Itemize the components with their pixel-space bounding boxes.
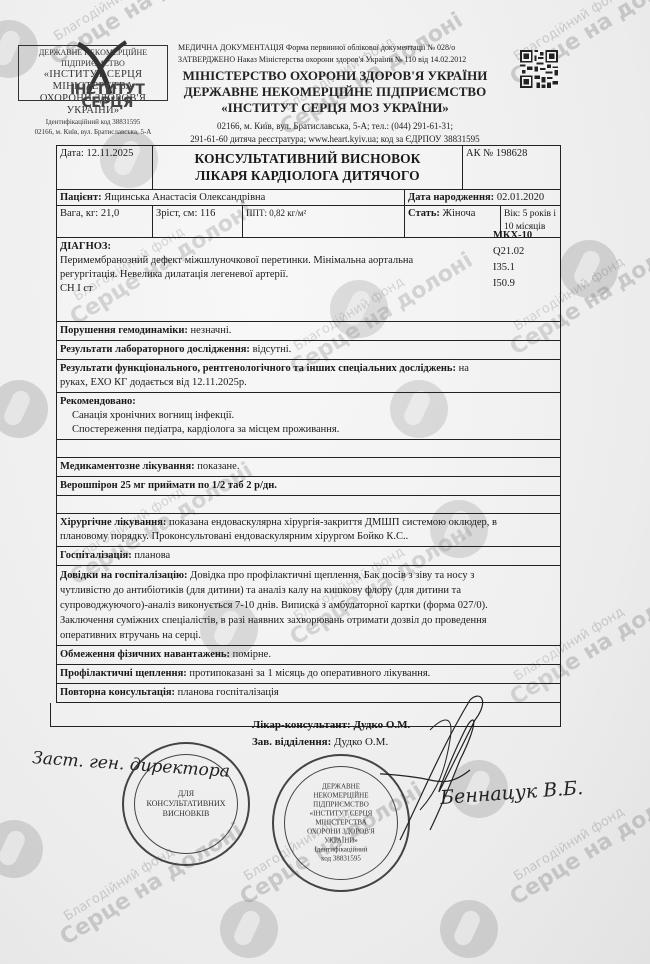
surgery-row: Хірургічне лікування: показана ендоваску… [56, 514, 561, 547]
patient-row: Пацієнт: Ящинська Анастасія Олександрівн… [56, 190, 561, 206]
lab-results-row: Результати лабораторного дослідження: ві… [56, 341, 561, 360]
date-of-birth: Дата народження: 02.01.2020 [405, 190, 560, 205]
sex: Стать: Жіноча [405, 206, 501, 237]
consultation-form: Дата: 12.11.2025 КОНСУЛЬТАТИВНИЙ ВИСНОВО… [56, 145, 561, 727]
diagnosis-row: ДІАГНОЗ: Перимембранозний дефект міжшлун… [56, 238, 561, 322]
diagnosis-line: СН І ст [60, 282, 487, 296]
measurements-row: Вага, кг: 21,0 Зріст, см: 116 ППТ: 0,82 … [56, 206, 561, 238]
medication-row: Медикаментозне лікування: показане. [56, 458, 561, 477]
signature-scribble-icon [380, 690, 500, 850]
hospitalization-row: Госпіталізація: планова [56, 547, 561, 566]
recommendations-row: Рекомендовано: Санація хронічних вогнищ … [56, 393, 561, 440]
recommendation-item: Спостереження педіатра, кардіолога за мі… [60, 423, 557, 437]
form-header-row: Дата: 12.11.2025 КОНСУЛЬТАТИВНИЙ ВИСНОВО… [56, 145, 561, 190]
recommendation-item: Санація хронічних вогнищ інфекції. [60, 409, 557, 423]
empty-row [56, 496, 561, 514]
qr-code-icon [520, 50, 558, 88]
institution-title: МІНІСТЕРСТВО ОХОРОНИ ЗДОРОВ'Я УКРАЇНИ ДЕ… [150, 68, 520, 116]
institution-address: 02166, м. Київ, вул. Братиславська, 5-А;… [150, 120, 520, 146]
empty-row [56, 440, 561, 458]
vaccination-row: Профілактичні щеплення: протипоказані за… [56, 665, 561, 684]
patient-name: Пацієнт: Ящинська Анастасія Олександрівн… [57, 190, 405, 205]
certificates-row: Довідки на госпіталізацію: Довідка про п… [56, 566, 561, 646]
document-title: КОНСУЛЬТАТИВНИЙ ВИСНОВОК ЛІКАРЯ КАРДІОЛО… [153, 146, 463, 189]
diagnosis-label: ДІАГНОЗ: [60, 240, 487, 254]
body-surface-area: ППТ: 0,82 кг/м² [243, 206, 405, 237]
hemodynamics-row: Порушення гемодинаміки: незначні. [56, 322, 561, 341]
medication-detail-row: Верошпірон 25 мг приймати по 1/2 таб 2 р… [56, 477, 561, 496]
ak-number: АК № 198628 [463, 146, 560, 189]
logo-text: ІНСТИТУТ СЕРЦЯ [70, 84, 144, 110]
functional-results-row: Результати функціонального, рентгенологі… [56, 360, 561, 393]
diagnosis-line: Перимембранозний дефект міжшлуночкової п… [60, 254, 487, 268]
height: Зріст, см: 116 [153, 206, 243, 237]
date-cell: Дата: 12.11.2025 [57, 146, 153, 189]
icd-codes: МКХ-10 Q21.02 I35.1 I50.9 [487, 240, 557, 319]
form-meta: МЕДИЧНА ДОКУМЕНТАЦІЯ Форма первинної обл… [178, 42, 466, 66]
weight: Вага, кг: 21,0 [57, 206, 153, 237]
diagnosis-line: регургітація. Невелика дилатація легенев… [60, 268, 487, 282]
physical-activity-row: Обмеження фізичних навантажень: помірне. [56, 646, 561, 665]
